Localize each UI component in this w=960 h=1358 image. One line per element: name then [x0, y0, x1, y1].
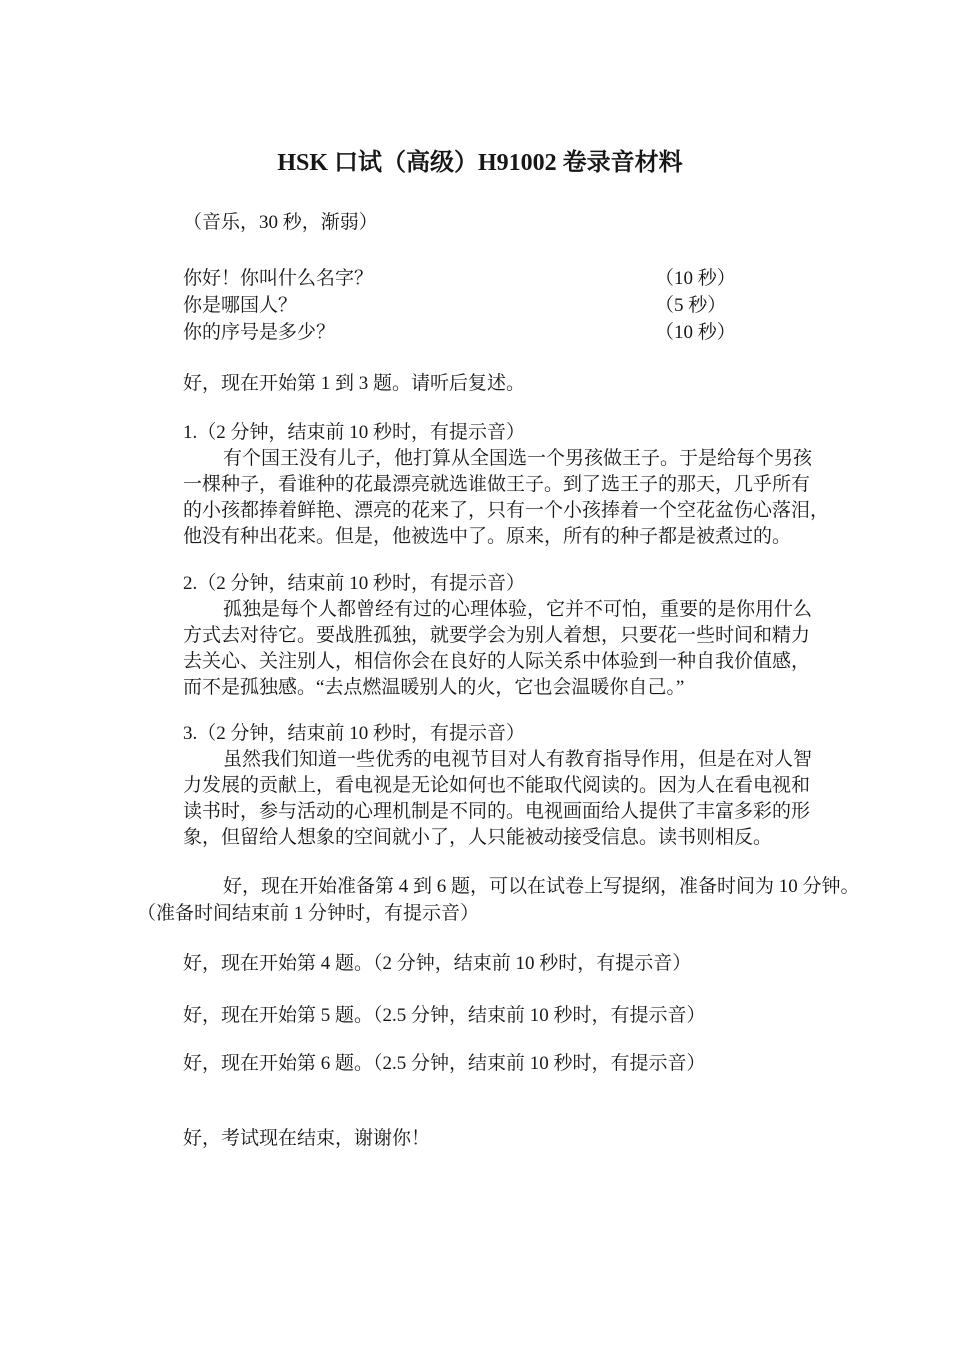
item-1-line-2: 一棵种子，看谁种的花最漂亮就选谁做王子。到了选王子的那天，几乎所有 — [183, 472, 810, 498]
prepare-line-1: 好，现在开始准备第 4 到 6 题，可以在试卷上写提纲，准备时间为 10 分钟。 — [183, 874, 860, 900]
start-item-5: 好，现在开始第 5 题。（2.5 分钟，结束前 10 秒时，有提示音） — [183, 1003, 706, 1029]
start-items-1-3: 好，现在开始第 1 到 3 题。请听后复述。 — [183, 371, 525, 397]
item-3-line-1: 虽然我们知道一些优秀的电视节目对人有教育指导作用，但是在对人智 — [183, 747, 812, 773]
warmup-timing-2: （5 秒） — [655, 293, 726, 319]
start-item-4: 好，现在开始第 4 题。（2 分钟，结束前 10 秒时，有提示音） — [183, 951, 691, 977]
warmup-question-1: 你好！你叫什么名字？ — [183, 266, 373, 292]
item-3-line-3: 读书时，参与活动的心理机制是不同的。电视画面给人提供了丰富多彩的形 — [183, 799, 810, 825]
warmup-timing-3: （10 秒） — [655, 320, 736, 346]
item-1-line-3: 的小孩都捧着鲜艳、漂亮的花来了，只有一个小孩捧着一个空花盆伤心落泪， — [183, 498, 829, 524]
item-1-header: 1.（2 分钟，结束前 10 秒时，有提示音） — [183, 420, 525, 446]
warmup-question-2: 你是哪国人？ — [183, 293, 297, 319]
item-2-header: 2.（2 分钟，结束前 10 秒时，有提示音） — [183, 571, 525, 597]
item-3-line-4: 象，但留给人想象的空间就小了，人只能被动接受信息。读书则相反。 — [183, 825, 772, 851]
item-2-line-3: 去关心、关注别人，相信你会在良好的人际关系中体验到一种自我价值感， — [183, 649, 810, 675]
closing-line: 好，考试现在结束，谢谢你！ — [183, 1126, 430, 1152]
music-cue: （音乐，30 秒，渐弱） — [183, 210, 378, 236]
item-2-line-4: 而不是孤独感。“去点燃温暖别人的火，它也会温暖你自己。” — [183, 675, 684, 701]
item-2-line-1: 孤独是每个人都曾经有过的心理体验，它并不可怕，重要的是你用什么 — [183, 597, 812, 623]
document-title: HSK 口试（高级）H91002 卷录音材料 — [0, 148, 960, 178]
item-3-line-2: 力发展的贡献上，看电视是无论如何也不能取代阅读的。因为人在看电视和 — [183, 773, 810, 799]
start-item-6: 好，现在开始第 6 题。（2.5 分钟，结束前 10 秒时，有提示音） — [183, 1051, 706, 1077]
item-1-line-4: 他没有种出花来。但是，他被选中了。原来，所有的种子都是被煮过的。 — [183, 524, 791, 550]
prepare-line-2: （准备时间结束前 1 分钟时，有提示音） — [137, 901, 479, 927]
item-3-header: 3.（2 分钟，结束前 10 秒时，有提示音） — [183, 721, 525, 747]
warmup-timing-1: （10 秒） — [655, 266, 736, 292]
warmup-question-3: 你的序号是多少？ — [183, 320, 335, 346]
document-page: HSK 口试（高级）H91002 卷录音材料 （音乐，30 秒，渐弱） 你好！你… — [0, 0, 960, 1358]
item-2-line-2: 方式去对待它。要战胜孤独，就要学会为别人着想，只要花一些时间和精力 — [183, 623, 810, 649]
item-1-line-1: 有个国王没有儿子，他打算从全国选一个男孩做王子。于是给每个男孩 — [183, 446, 812, 472]
